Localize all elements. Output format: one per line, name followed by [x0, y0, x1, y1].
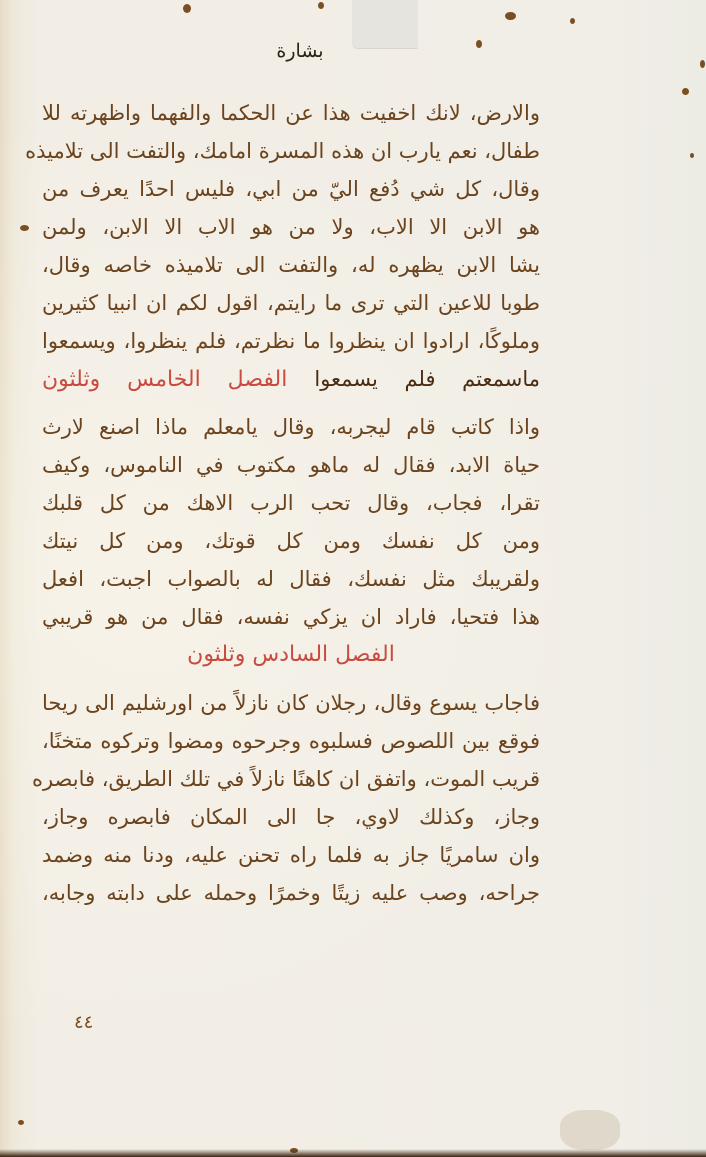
foxing-spot [700, 60, 705, 68]
chapter-heading-36: الفصل السادس وثلثون [42, 636, 540, 674]
text-line: طفال، نعم يارب ان هذه المسرة امامك، والت… [42, 132, 540, 170]
text-line: طوبا للاعين التي ترى ما رايتم، اقول لكم … [42, 284, 540, 322]
foxing-spot [505, 12, 516, 20]
text-line: جراحه، وصب عليه زيتًا وخمرًا وحمله على د… [42, 874, 540, 912]
text-line: فاجاب يسوع وقال، رجلان كان نازلاً من اور… [42, 684, 540, 722]
text-line: قريب الموت، واتفق ان كاهنًا نازلاً في تل… [42, 760, 540, 798]
text-line: يشا الابن يظهره له، والتفت الى تلاميذه خ… [42, 246, 540, 284]
foxing-spot [570, 18, 575, 24]
text-line: هذا فتحيا، فاراد ان يزكي نفسه، فقال من ه… [42, 598, 540, 636]
running-header: بشارة [270, 40, 330, 62]
text-line-with-rubric: ماسمعتم فلم يسمعوا الفصل الخامس وثلثون [42, 360, 540, 398]
foxing-spot [476, 40, 482, 48]
tape-strip [352, 0, 418, 49]
text-line: ولقريبك مثل نفسك، فقال له بالصواب اجبت، … [42, 560, 540, 598]
foxing-spot [690, 153, 694, 158]
text-line: وجاز، وكذلك لاوي، جا الى المكان فابصره و… [42, 798, 540, 836]
foxing-spot [18, 1120, 24, 1125]
text-line: فوقع بين اللصوص فسلبوه وجرحوه ومضوا وترك… [42, 722, 540, 760]
text-line: تقرا، فجاب، وقال تحب الرب الاهك من كل قل… [42, 484, 540, 522]
text-line: حياة الابد، فقال له ماهو مكتوب في النامو… [42, 446, 540, 484]
folio-mark: ٤٤ [74, 1012, 93, 1033]
foxing-spot [290, 1148, 298, 1153]
text-line: وان سامريًا جاز به فلما راه تحنن عليه، و… [42, 836, 540, 874]
text-line: وقال، كل شي دُفع اليّ من ابي، فليس احدًا… [42, 170, 540, 208]
text-line: واذا كاتب قام ليجربه، وقال يامعلم ماذا ا… [42, 408, 540, 446]
foxing-spot [682, 88, 689, 95]
text-line: ومن كل نفسك ومن كل قوتك، ومن كل نيتك [42, 522, 540, 560]
foxing-spot [318, 2, 324, 9]
manuscript-page: بشارة والارض، لانك اخفيت هذا عن الحكما و… [0, 0, 706, 1157]
text-line: والارض، لانك اخفيت هذا عن الحكما والفهما… [42, 94, 540, 132]
manuscript-text: والارض، لانك اخفيت هذا عن الحكما والفهما… [42, 94, 540, 912]
text-fragment: ماسمعتم فلم يسمعوا [314, 367, 540, 391]
paper-stain [560, 1110, 620, 1150]
text-line: وملوكًا، ارادوا ان ينظروا ما نظرتم، فلم … [42, 322, 540, 360]
foxing-spot [20, 225, 29, 231]
foxing-spot [183, 4, 191, 13]
chapter-heading-35: الفصل الخامس وثلثون [42, 367, 287, 392]
text-line: هو الابن الا الاب، ولا من هو الاب الا ال… [42, 208, 540, 246]
